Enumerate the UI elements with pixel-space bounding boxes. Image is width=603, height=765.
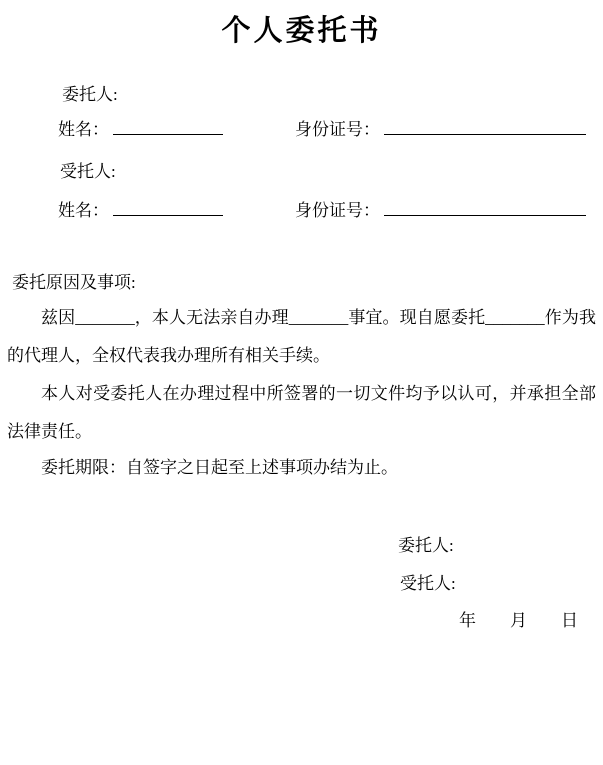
trustee-id-field (384, 197, 586, 216)
principal-name-row: 姓名： (58, 115, 223, 140)
power-of-attorney-document: 个人委托书 委托人: 姓名： 身份证号： 受托人: 姓名： 身份证号： 委托原因… (0, 0, 603, 765)
body-paragraph-term: 委托期限：自签字之日起至上述事项办结为止。 (7, 449, 596, 487)
body-paragraph-liability: 本人对受委托人在办理过程中所签署的一切文件均予以认可，并承担全部法律责任。 (7, 375, 596, 451)
principal-section-label: 委托人: (62, 80, 118, 105)
body-paragraph-reason: 兹因_______，本人无法亲自办理_______事宜。现自愿委托_______… (7, 299, 596, 375)
principal-id-row: 身份证号： (295, 115, 586, 140)
principal-id-field (384, 116, 586, 135)
document-title: 个人委托书 (0, 8, 603, 49)
principal-name-field (113, 116, 223, 135)
signature-date-line: 年 月 日 (459, 606, 578, 631)
trustee-name-row: 姓名： (58, 196, 223, 221)
trustee-section-label: 受托人: (60, 157, 116, 182)
principal-name-label: 姓名： (58, 120, 109, 139)
principal-id-label: 身份证号： (295, 120, 380, 139)
trustee-name-label: 姓名： (58, 201, 109, 220)
trustee-name-field (113, 197, 223, 216)
trustee-id-row: 身份证号： (295, 196, 586, 221)
trustee-id-label: 身份证号： (295, 201, 380, 220)
signature-trustee-label: 受托人: (400, 569, 456, 594)
reason-heading: 委托原因及事项: (12, 268, 136, 293)
signature-principal-label: 委托人: (398, 531, 454, 556)
